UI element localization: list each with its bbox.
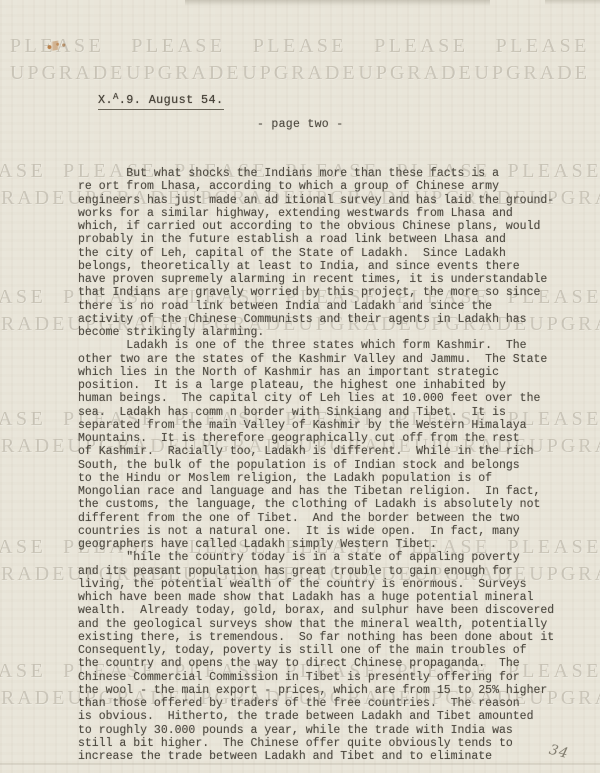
document-line: become strikingly alarming. bbox=[78, 326, 578, 339]
document-line: the wool - the main export - prices, whi… bbox=[78, 684, 578, 697]
document-line: and the geological surveys show that the… bbox=[78, 618, 578, 631]
document-line: works for a similar highway, extending w… bbox=[78, 207, 578, 220]
watermark-word: UPGRADE bbox=[358, 60, 473, 87]
reference-suffix: .9. August 54. bbox=[119, 93, 224, 107]
document-reference-number: X.A.9. August 54. bbox=[98, 92, 224, 110]
scan-edge-artifact bbox=[185, 0, 490, 6]
document-line: other two are the states of the Kashmir … bbox=[78, 353, 578, 366]
document-line: belongs, theoretically at least to India… bbox=[78, 260, 578, 273]
document-line: Mongolian race and language and has the … bbox=[78, 485, 578, 498]
document-line: than those offered by traders of the fre… bbox=[78, 697, 578, 710]
document-line: different from the one of Tibet. And the… bbox=[78, 512, 578, 525]
paper-crease bbox=[0, 763, 600, 765]
watermark-word: UPGRADE bbox=[0, 311, 67, 338]
document-line: Ladakh is one of the three states which … bbox=[78, 339, 578, 352]
watermark-word: PLEASE bbox=[496, 33, 590, 60]
document-line: the country and opens the way to direct … bbox=[78, 657, 578, 670]
watermark-word: PLEASE bbox=[0, 158, 46, 185]
watermark-word: UPGRADE bbox=[0, 561, 67, 588]
watermark-word: PLEASE bbox=[0, 534, 46, 561]
document-line: existing there, is tremendous. So far no… bbox=[78, 631, 578, 644]
document-line: and its peasant population has great tro… bbox=[78, 565, 578, 578]
document-line: wealth. Already today, gold, borax, and … bbox=[78, 604, 578, 617]
watermark-text-row: PLEASEPLEASEPLEASEPLEASEPLEASE bbox=[0, 33, 600, 60]
watermark-word: PLEASE bbox=[374, 33, 468, 60]
document-line: is obvious. Hitherto, the trade between … bbox=[78, 710, 578, 723]
watermark-word: UPGRADE bbox=[475, 60, 590, 87]
document-line: to roughly 30.000 pounds a year, while t… bbox=[78, 724, 578, 737]
document-line: to the Hindu or Moslem religion, the Lad… bbox=[78, 472, 578, 485]
reference-prefix: X. bbox=[98, 93, 113, 107]
watermark-text-row: UPGRADEUPGRADEUPGRADEUPGRADEUPGRADE bbox=[0, 60, 600, 87]
document-line: still a bit higher. The Chinese offer qu… bbox=[78, 737, 578, 750]
document-line: "hile the country today is in a state of… bbox=[78, 551, 578, 564]
watermark-word: PLEASE bbox=[0, 658, 46, 685]
document-line: geographers have called Ladakh simply We… bbox=[78, 538, 578, 551]
document-line: which have been made show that Ladakh ha… bbox=[78, 591, 578, 604]
document-line: Mountains. It is therefore geographicall… bbox=[78, 432, 578, 445]
document-line: Chinese Commercial Commission in Tibet i… bbox=[78, 671, 578, 684]
document-line: of Kashmir. Racially too, Ladakh is diff… bbox=[78, 445, 578, 458]
watermark-word: UPGRADE bbox=[0, 433, 67, 460]
document-line: increase the trade between Ladakh and Ti… bbox=[78, 750, 578, 763]
watermark-word: UPGRADE bbox=[0, 185, 67, 212]
document-line: But what shocks the Indians more than th… bbox=[78, 167, 578, 180]
watermark-tile-row: PLEASEPLEASEPLEASEPLEASEPLEASEUPGRADEUPG… bbox=[0, 33, 600, 87]
document-line: human beings. The capital city of Leh li… bbox=[78, 392, 578, 405]
document-line: position. It is a large plateau, the hig… bbox=[78, 379, 578, 392]
watermark-word: UPGRADE bbox=[10, 60, 125, 87]
document-line: which lies in the North of Kashmir has a… bbox=[78, 366, 578, 379]
watermark-word: PLEASE bbox=[0, 284, 46, 311]
document-line: living, the potential wealth of the coun… bbox=[78, 578, 578, 591]
document-line: have proven supremely alarming in recent… bbox=[78, 273, 578, 286]
document-line: activity of the Chinese Communists and t… bbox=[78, 313, 578, 326]
document-line: separated from the main Valley of Kashmi… bbox=[78, 419, 578, 432]
document-line: probably in the future establish a road … bbox=[78, 233, 578, 246]
document-line: re ort from Lhasa, according to which a … bbox=[78, 180, 578, 193]
document-line: South, the bulk of the population is of … bbox=[78, 459, 578, 472]
document-line: countries is not a natural one. It is wi… bbox=[78, 525, 578, 538]
watermark-word: PLEASE bbox=[0, 406, 46, 433]
watermark-word: UPGRADE bbox=[0, 685, 67, 712]
document-line: sea. Ladakh has comm n border with Sinki… bbox=[78, 406, 578, 419]
watermark-word: PLEASE bbox=[253, 33, 347, 60]
watermark-word: PLEASE bbox=[131, 33, 225, 60]
document-line: that Indians are gravely worried by this… bbox=[78, 286, 578, 299]
ink-stain bbox=[43, 39, 68, 52]
document-line: Consequently, today, poverty is still on… bbox=[78, 644, 578, 657]
document-line: which, if carried out according to the o… bbox=[78, 220, 578, 233]
document-line: the customs, the language, the clothing … bbox=[78, 498, 578, 511]
document-line: the city of Leh, capital of the State of… bbox=[78, 247, 578, 260]
document-line: there is no road link between India and … bbox=[78, 300, 578, 313]
page-label: - page two - bbox=[257, 118, 343, 131]
document-body: But what shocks the Indians more than th… bbox=[78, 167, 578, 763]
watermark-word: UPGRADE bbox=[126, 60, 241, 87]
watermark-word: UPGRADE bbox=[242, 60, 357, 87]
scanned-document-page: PLEASEPLEASEPLEASEPLEASEPLEASEUPGRADEUPG… bbox=[0, 0, 600, 773]
scan-edge-artifact bbox=[545, 0, 600, 5]
document-line: engineers has just made an ad itional su… bbox=[78, 194, 578, 207]
